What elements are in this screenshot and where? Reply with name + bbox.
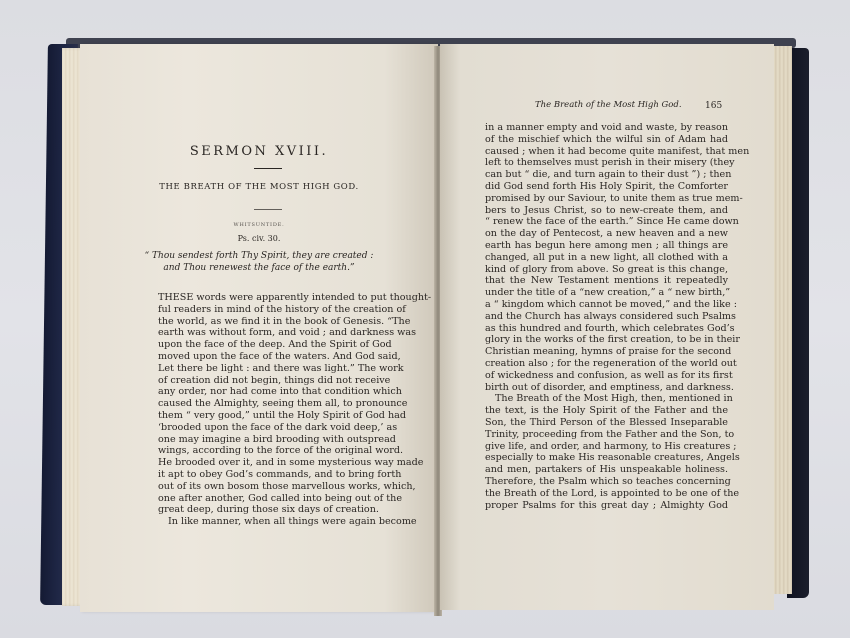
text-line: the world, as we find it in the book of … <box>158 316 374 328</box>
text-line: as this hundred and fourth, which celebr… <box>485 323 728 335</box>
text-line: Therefore, the Psalm which so teaches co… <box>485 476 728 488</box>
text-line: one after another, God called into being… <box>158 493 374 505</box>
text-line: promised by our Saviour, to unite them a… <box>485 193 728 205</box>
text-line: creation also ; for the regeneration of … <box>485 358 728 370</box>
text-line: changed, all put in a new light, all clo… <box>485 252 728 264</box>
text-line: caused ; when it had become quite manife… <box>485 146 728 158</box>
text-line: a “ kingdom which cannot be moved,” and … <box>485 299 728 311</box>
text-line: In like manner, when all things were aga… <box>158 516 374 528</box>
text-line: kind of glory from above. So great is th… <box>485 264 728 276</box>
text-line: the text, is the Holy Spirit of the Fath… <box>485 405 728 417</box>
left-page: SERMON XVIII. THE BREATH OF THE MOST HIG… <box>80 44 438 612</box>
text-line: them “ very good,” until the Holy Spirit… <box>158 410 374 422</box>
occasion-label: WHITSUNTIDE. <box>80 222 438 228</box>
text-line: can but “ die, and turn again to their d… <box>485 169 728 181</box>
text-line: on the day of Pentecost, a new heaven an… <box>485 228 728 240</box>
text-line: The Breath of the Most High, then, menti… <box>485 393 728 405</box>
text-line: that the New Testament mentions it repea… <box>485 275 728 287</box>
text-line: Let there be light : and there was light… <box>158 363 374 375</box>
subtitle-rule <box>254 209 282 210</box>
text-line: moved upon the face of the waters. And G… <box>158 351 374 363</box>
text-line: ful readers in mind of the history of th… <box>158 304 374 316</box>
text-line: the Breath of the Lord, is appointed to … <box>485 488 728 500</box>
left-page-body-text: THESE words were apparently intended to … <box>158 292 374 528</box>
right-page: The Breath of the Most High God. 165 in … <box>440 44 774 610</box>
text-line: “ renew the face of the earth.” Since He… <box>485 216 728 228</box>
text-line: give life, and order, and harmony, to Hi… <box>485 441 728 453</box>
text-line: of creation did not begin, things did no… <box>158 375 374 387</box>
text-line: earth has begun here among men ; all thi… <box>485 240 728 252</box>
text-line: any order, nor had come into that condit… <box>158 386 374 398</box>
text-line: great deep, during those six days of cre… <box>158 504 374 516</box>
text-line: caused the Almighty, seeing them all, to… <box>158 398 374 410</box>
epigraph: “ Thou sendest forth Thy Spirit, they ar… <box>80 250 438 274</box>
text-line: especially to make His reasonable creatu… <box>485 452 728 464</box>
sermon-subtitle: THE BREATH OF THE MOST HIGH GOD. <box>80 182 438 192</box>
text-line: earth was without form, and void ; and d… <box>158 327 374 339</box>
text-line: glory in the works of the first creation… <box>485 334 728 346</box>
page-number: 165 <box>705 101 722 111</box>
text-line: in a manner empty and void and waste, by… <box>485 122 728 134</box>
text-line: left to themselves must perish in their … <box>485 157 728 169</box>
text-line: birth out of disorder, and emptiness, an… <box>485 382 728 394</box>
epigraph-line: “ Thou sendest forth Thy Spirit, they ar… <box>80 250 438 262</box>
text-line: one may imagine a bird brooding with out… <box>158 434 374 446</box>
right-page-body-text: in a manner empty and void and waste, by… <box>485 122 728 511</box>
sermon-title: SERMON XVIII. <box>80 144 438 159</box>
text-line: it apt to obey God’s commands, and to br… <box>158 469 374 481</box>
text-line: under the title of a “new creation,” a “… <box>485 287 728 299</box>
text-line: ‘brooded upon the face of the dark void … <box>158 422 374 434</box>
text-line: of the mischief which the wilful sin of … <box>485 134 728 146</box>
text-line: Christian meaning, hymns of praise for t… <box>485 346 728 358</box>
text-line: and men, partakers of His unspeakable ho… <box>485 464 728 476</box>
text-line: bers to Jesus Christ, so to new-create t… <box>485 205 728 217</box>
text-line: THESE words were apparently intended to … <box>158 292 374 304</box>
text-line: Son, the Third Person of the Blessed Ins… <box>485 417 728 429</box>
title-rule <box>254 168 282 169</box>
epigraph-line: and Thou renewest the face of the earth.… <box>80 262 438 274</box>
text-line: wings, according to the force of the ori… <box>158 445 374 457</box>
psalm-reference: Ps. civ. 30. <box>80 234 438 243</box>
text-line: did God send forth His Holy Spirit, the … <box>485 181 728 193</box>
text-line: proper Psalms for this great day ; Almig… <box>485 500 728 512</box>
text-line: and the Church has always considered suc… <box>485 311 728 323</box>
text-line: He brooded over it, and in some mysterio… <box>158 457 374 469</box>
running-head: The Breath of the Most High God. <box>535 100 682 110</box>
text-line: of wickedness and confusion, as well as … <box>485 370 728 382</box>
text-line: out of its own bosom those marvellous wo… <box>158 481 374 493</box>
text-line: Trinity, proceeding from the Father and … <box>485 429 728 441</box>
text-line: upon the face of the deep. And the Spiri… <box>158 339 374 351</box>
